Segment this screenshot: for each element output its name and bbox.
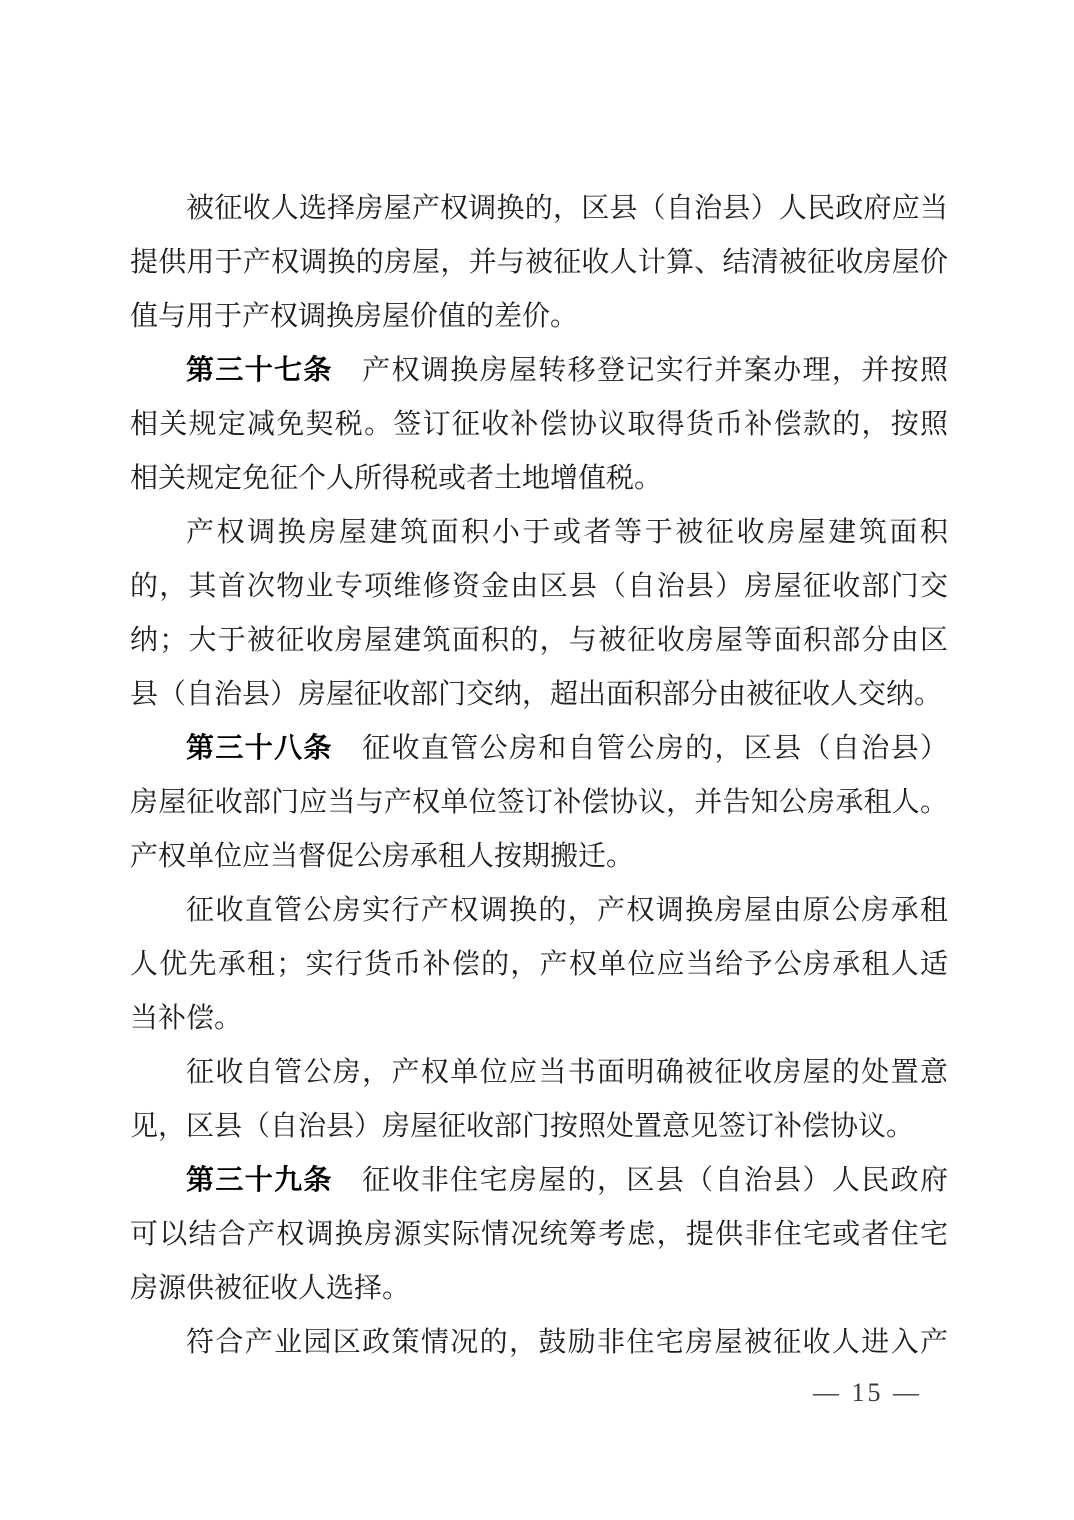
document-page: 被征收人选择房屋产权调换的，区县（自治县）人民政府应当提供用于产权调换的房屋，并… <box>0 0 1074 1520</box>
text-line: 可以结合产权调换房源实际情况统筹考虑，提供非住宅或者住宅 <box>130 1208 948 1262</box>
text-line: 第三十八条 征收直管公房和自管公房的，区县（自治县） <box>130 722 948 776</box>
article-number: 第三十七条 <box>186 355 333 386</box>
article-number: 第三十八条 <box>186 733 333 764</box>
text-line: 的，其首次物业专项维修资金由区县（自治县）房屋征收部门交 <box>130 560 948 614</box>
text-line: 相关规定减免契税。签订征收补偿协议取得货币补偿款的，按照 <box>130 398 948 452</box>
text-line: 征收直管公房实行产权调换的，产权调换房屋由原公房承租 <box>130 884 948 938</box>
article-number: 第三十九条 <box>186 1165 333 1196</box>
text-line: 人优先承租；实行货币补偿的，产权单位应当给予公房承租人适 <box>130 938 948 992</box>
text-line: 提供用于产权调换的房屋，并与被征收人计算、结清被征收房屋价 <box>130 236 948 290</box>
text-line: 相关规定免征个人所得税或者土地增值税。 <box>130 452 948 506</box>
text-line: 县（自治县）房屋征收部门交纳，超出面积部分由被征收人交纳。 <box>130 668 948 722</box>
page-number: — 15 — <box>813 1376 922 1410</box>
text-line: 第三十七条 产权调换房屋转移登记实行并案办理，并按照 <box>130 344 948 398</box>
text-line: 征收自管公房，产权单位应当书面明确被征收房屋的处置意 <box>130 1046 948 1100</box>
text-line: 见，区县（自治县）房屋征收部门按照处置意见签订补偿协议。 <box>130 1100 948 1154</box>
text-line: 产权单位应当督促公房承租人按期搬迁。 <box>130 830 948 884</box>
text-line: 产权调换房屋建筑面积小于或者等于被征收房屋建筑面积 <box>130 506 948 560</box>
text-line: 符合产业园区政策情况的，鼓励非住宅房屋被征收人进入产 <box>130 1316 948 1370</box>
text-line: 房源供被征收人选择。 <box>130 1262 948 1316</box>
text-line: 被征收人选择房屋产权调换的，区县（自治县）人民政府应当 <box>130 182 948 236</box>
text-line: 房屋征收部门应当与产权单位签订补偿协议，并告知公房承租人。 <box>130 776 948 830</box>
text-line: 第三十九条 征收非住宅房屋的，区县（自治县）人民政府 <box>130 1154 948 1208</box>
text-line: 纳；大于被征收房屋建筑面积的，与被征收房屋等面积部分由区 <box>130 614 948 668</box>
text-line: 当补偿。 <box>130 992 948 1046</box>
document-body: 被征收人选择房屋产权调换的，区县（自治县）人民政府应当提供用于产权调换的房屋，并… <box>130 182 948 1370</box>
text-line: 值与用于产权调换房屋价值的差价。 <box>130 290 948 344</box>
